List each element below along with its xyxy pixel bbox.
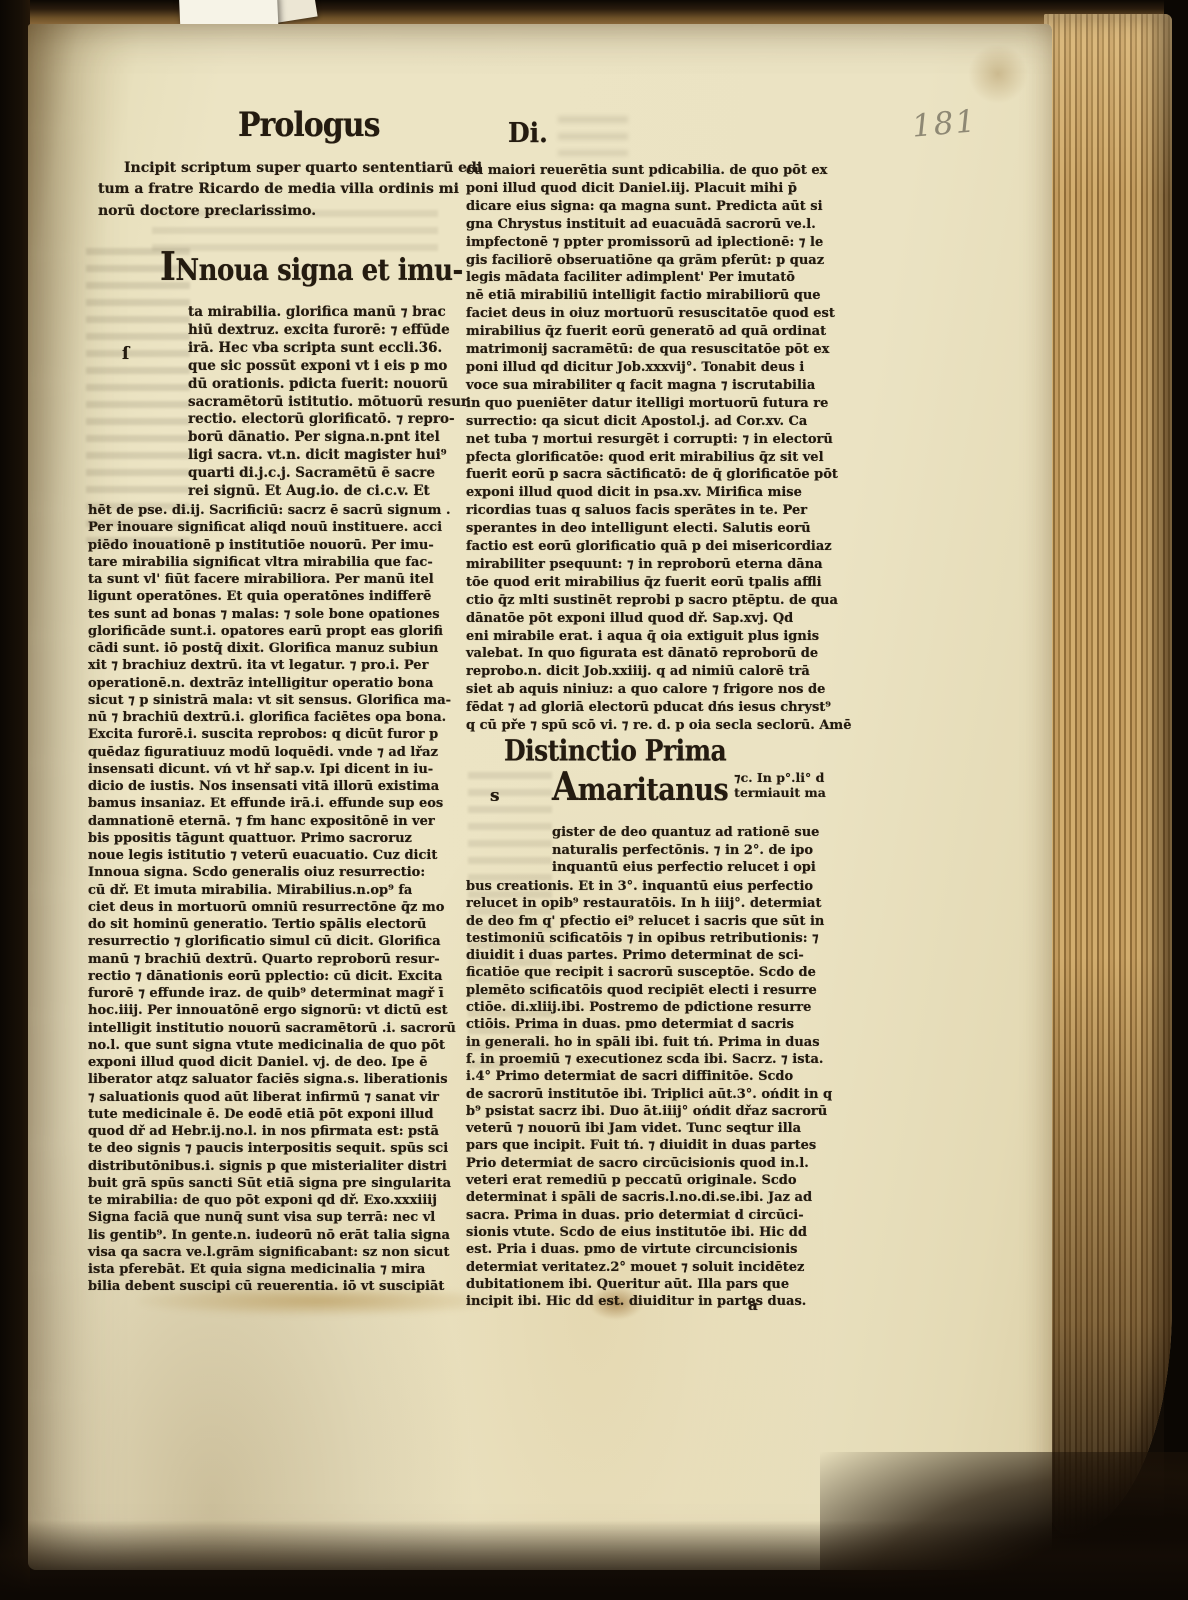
text-line: visa qa sacra ve.l.grām significabant: s… <box>88 1244 456 1261</box>
left-chapter-heading: INnoua signa et imu- <box>160 243 463 289</box>
bottom-shadow <box>0 1520 1188 1600</box>
text-line: rei signū. Et Aug.io. de ci.c.v. Et <box>188 483 468 501</box>
text-line: gna Chrystus instituit ad euacuādā sacro… <box>466 216 851 234</box>
text-line: nē etiā mirabiliū intelligit factio mira… <box>466 287 851 305</box>
text-line: ⁊c. In p°.li° d <box>734 770 824 785</box>
text-line: valebat. In quo figurata est dānatō repr… <box>466 645 851 663</box>
text-line: operationē.n. dextrāz intelligitur opera… <box>88 675 456 692</box>
text-line: cādi sunt. iō postq̄ dixit. Glorifica ma… <box>88 640 456 657</box>
text-line: ista pferebāt. Et quia signa medicinalia… <box>88 1261 456 1278</box>
text-line: tōe quod erit mirabilius q̄z fuerit eorū… <box>466 574 851 592</box>
text-line: q cū pře ⁊ spū scō vi. ⁊ re. d. p oia se… <box>466 717 851 735</box>
text-line: in generali. ho in spāli ibi. fuit tń. P… <box>466 1034 832 1051</box>
text-line: Innoua signa. Scdo generalis oiuz resurr… <box>88 864 456 881</box>
book-page: Prologus Di. 181 Incipit scriptum super … <box>28 24 1052 1570</box>
text-line: damnationē eternā. ⁊ fm hanc expositōnē … <box>88 813 456 830</box>
text-line: incipit ibi. Hic dd est. diuiditur in pa… <box>466 1293 832 1310</box>
text-line: matrimonij sacramētū: de qua resuscitatō… <box>466 341 851 359</box>
text-line: siet ab aquis niniuz: a quo calore ⁊ fri… <box>466 681 851 699</box>
text-line: naturalis perfectōnis. ⁊ in 2°. de ipo <box>552 842 819 860</box>
text-line: reprobo.n. dicit Job.xxiiij. q ad nimiū … <box>466 663 851 681</box>
text-line: impfectonē ⁊ ppter promissorū ad iplecti… <box>466 234 851 252</box>
text-line: fuerit eorū p sacra sāctificatō: de q̄ g… <box>466 466 851 484</box>
text-line: borū dānatio. Per signa.n.pnt itel <box>188 429 468 447</box>
left-column-text: hēt de pse. di.ij. Sacrificiū: sacrz ē s… <box>88 502 456 1296</box>
text-line: Per inouare significat aliqd nouū instit… <box>88 519 456 536</box>
text-line: ctiōis. Prima in duas. pmo determiat d s… <box>466 1016 832 1033</box>
text-line: net tuba ⁊ mortui resurgēt i corrupti: ⁊… <box>466 431 851 449</box>
showthrough-ghost <box>558 116 628 156</box>
text-line: legis mādata faciliter adimplent' Per im… <box>466 269 851 287</box>
text-line: quēdaz figuratiuuz modū loquēdi. vnde ⁊ … <box>88 744 456 761</box>
text-line: quarti di.j.c.j. Sacramētū ē sacre <box>188 465 468 483</box>
text-line: manū ⁊ brachiū dextrū. Quarto reproborū … <box>88 951 456 968</box>
text-line: de sacrorū institutōe ibi. Triplici aūt.… <box>466 1086 832 1103</box>
text-line: ⁊ saluationis quod aūt liberat infirmū ⁊… <box>88 1089 456 1106</box>
text-line: b⁹ psistat sacrz ibi. Duo āt.iiij° ońdit… <box>466 1103 832 1120</box>
text-line: ricordias tuas q saluos facis sperātes i… <box>466 502 851 520</box>
text-line: sperantes in deo intelligunt electi. Sal… <box>466 520 851 538</box>
text-line: piēdo inouationē p institutiōe nouorū. P… <box>88 537 456 554</box>
text-line: f. in proemiū ⁊ executionez scda ibi. Sa… <box>466 1051 832 1068</box>
page-stain <box>968 44 1028 104</box>
text-line: irā. Hec vba scripta sunt eccli.36. <box>188 340 468 358</box>
text-line: insensati dicunt. vń vt hř sap.v. Ipi di… <box>88 761 456 778</box>
text-line: ficatiōe que recipit i sacrorū susceptōe… <box>466 964 832 981</box>
text-line: te mirabilia: de quo pōt exponi qd dř. E… <box>88 1192 456 1209</box>
text-line: mirabiliter psequunt: ⁊ in reproborū ete… <box>466 556 851 574</box>
text-line: furorē ⁊ effunde iraz. de quib⁹ determin… <box>88 985 456 1002</box>
text-line: poni illud qd dicitur Job.xxxvij°. Tonab… <box>466 359 851 377</box>
text-line: dicare eius signa: qa magna sunt. Predic… <box>466 198 851 216</box>
text-line: dānatōe pōt exponi illud quod dř. Sap.xv… <box>466 610 851 628</box>
incipit-paragraph: Incipit scriptum super quarto sententiar… <box>98 158 482 222</box>
text-line: diuidit i duas partes. Primo determinat … <box>466 947 832 964</box>
text-line: bus creationis. Et in 3°. inquantū eius … <box>466 878 832 895</box>
text-line: rectio ⁊ dānationis eorū pplectio: cū di… <box>88 968 456 985</box>
text-line: Prio determiat de sacro circūcisionis qu… <box>466 1155 832 1172</box>
text-line: dū orationis. pdicta fuerit: nouorū <box>188 376 468 394</box>
text-line: tum a fratre Ricardo de media villa ordi… <box>98 179 482 200</box>
text-line: Excita furorē.i. suscita reprobos: q dic… <box>88 726 456 743</box>
text-line: determinat i spāli de sacris.l.no.di.se.… <box>466 1189 832 1206</box>
right-column-text: bus creationis. Et in 3°. inquantū eius … <box>466 878 832 1310</box>
signature-mark: a <box>748 1296 758 1314</box>
text-line: tes sunt ad bonas ⁊ malas: ⁊ sole bone o… <box>88 606 456 623</box>
running-head-di: Di. <box>508 117 548 149</box>
text-line: ligi sacra. vt.n. dicit magister hui⁹ <box>188 447 468 465</box>
text-line: exponi illud quod dicit Daniel. vj. de d… <box>88 1054 456 1071</box>
text-line: faciet deus in oiuz mortuorū resuscitatō… <box>466 305 851 323</box>
text-line: determiat veritatez.2° mouet ⁊ soluit in… <box>466 1259 832 1276</box>
text-line: gister de deo quantuz ad rationē sue <box>552 824 819 842</box>
text-line: plemēto scificatōis quod recipiēt electi… <box>466 982 832 999</box>
text-line: bamus insaniaz. Et effunde irā.i. effund… <box>88 795 456 812</box>
text-line: nū ⁊ brachiū dextrū.i. glorifica faciēte… <box>88 709 456 726</box>
text-line: dicio de iustis. Nos insensati vitā illo… <box>88 778 456 795</box>
text-line: surrectio: qa sicut dicit Apostol.j. ad … <box>466 413 851 431</box>
text-line: termiauit ma <box>734 785 826 800</box>
text-line: relucet in opib⁹ restauratōis. In h iiij… <box>466 895 832 912</box>
text-line: ctio q̄z mlti sustinēt reprobi p sacro p… <box>466 592 851 610</box>
text-line: ligunt operatōnes. Et quia operatōnes in… <box>88 588 456 605</box>
text-line: xit ⁊ brachiuz dextrū. ita vt legatur. ⁊… <box>88 657 456 674</box>
text-line: ciet deus in mortuorū omniū resurrectōne… <box>88 899 456 916</box>
text-line: tare mirabilia significat vltra mirabili… <box>88 554 456 571</box>
samaritanus-word: Amaritanus <box>552 763 728 809</box>
text-line: bilia debent suscipi cū reuerentia. iō v… <box>88 1278 456 1295</box>
text-line: eni mirabile erat. i aqua q̄ oia extigui… <box>466 628 851 646</box>
text-line: tute medicinale ē. De eodē etiā pōt expo… <box>88 1106 456 1123</box>
text-line: fēdat ⁊ ad gloriā electorū pducat dńs ie… <box>466 699 851 717</box>
text-line: ctiōe. di.xliij.ibi. Postremo de pdictio… <box>466 999 832 1016</box>
text-line: gis faciliorē obseruatiōne qa grām pferū… <box>466 252 851 270</box>
samaritanus-side-lines: ⁊c. In p°.li° dtermiauit ma <box>734 766 826 800</box>
text-line: sacra. Prima in duas. prio determiat d c… <box>466 1207 832 1224</box>
left-margin-paragraph-mark: ſ <box>122 344 129 364</box>
text-line: pars que incipit. Fuit tń. ⁊ diuidit in … <box>466 1137 832 1154</box>
right-column-prologue-text: cū maiori reuerētia sunt pdicabilia. de … <box>466 162 851 735</box>
text-line: rectio. electorū glorificatō. ⁊ repro- <box>188 411 468 429</box>
running-head-prologus: Prologus <box>238 106 379 145</box>
text-line: sacramētorū istitutio. mōtuorū resur <box>188 394 468 412</box>
text-line: te deo signis ⁊ paucis interpositis sequ… <box>88 1140 456 1157</box>
text-line: que sic possūt exponi vt i eis p mo <box>188 358 468 376</box>
samaritanus-opening: Amaritanus ⁊c. In p°.li° dtermiauit ma <box>552 766 826 806</box>
right-column-indented-text: gister de deo quantuz ad rationē suenatu… <box>552 824 819 877</box>
text-line: liberator atqz saluator faciēs signa.s. … <box>88 1071 456 1088</box>
text-line: ta mirabilia. glorifica manū ⁊ brac <box>188 304 468 322</box>
text-line: resurrectio ⁊ glorificatio simul cū dici… <box>88 933 456 950</box>
text-line: buit grā spūs sancti Sūt etiā signa pre … <box>88 1175 456 1192</box>
text-line: hoc.iiij. Per innouatōnē ergo signorū: v… <box>88 1002 456 1019</box>
right-margin-guide-letter: s <box>490 786 500 806</box>
text-line: cū dř. Et imuta mirabilia. Mirabilius.n.… <box>88 882 456 899</box>
left-column-narrow-text: ta mirabilia. glorifica manū ⁊ brachiū d… <box>188 304 468 501</box>
text-line: factio est eorū glorificatio quā p dei m… <box>466 538 851 556</box>
text-line: hiū dextruz. excita furorē: ⁊ effūde <box>188 322 468 340</box>
text-line: cū maiori reuerētia sunt pdicabilia. de … <box>466 162 851 180</box>
text-line: do sit hominū generatio. Tertio spālis e… <box>88 916 456 933</box>
text-line: testimoniū scificatōis ⁊ in opibus retri… <box>466 930 832 947</box>
text-line: intelligit institutio nouorū sacramētorū… <box>88 1020 456 1037</box>
text-line: in quo pueniēter datur itelligi mortuorū… <box>466 395 851 413</box>
text-line: sionis vtute. Scdo de eius institutōe ib… <box>466 1224 832 1241</box>
text-line: hēt de pse. di.ij. Sacrificiū: sacrz ē s… <box>88 502 456 519</box>
text-line: inquantū eius perfectio relucet i opi <box>552 859 819 877</box>
text-line: ta sunt vl' fiūt facere mirabiliora. Per… <box>88 571 456 588</box>
text-line: distributōnibus.i. signis p que misteria… <box>88 1158 456 1175</box>
text-line: glorificāde sunt.i. opatores earū propt … <box>88 623 456 640</box>
text-line: de deo fm q' pfectio ei⁹ relucet i sacri… <box>466 913 832 930</box>
text-line: no.l. que sunt signa vtute medicinalia d… <box>88 1037 456 1054</box>
text-line: dubitationem ibi. Queritur aūt. Illa par… <box>466 1276 832 1293</box>
text-line: quod dř ad Hebr.ij.no.l. in nos pfirmata… <box>88 1123 456 1140</box>
folio-number-handwritten: 181 <box>911 103 979 145</box>
book-photograph: Prologus Di. 181 Incipit scriptum super … <box>0 0 1188 1600</box>
page-fore-edges <box>1044 14 1172 1534</box>
text-line: Signa faciā que nunq̄ sunt visa sup terr… <box>88 1209 456 1226</box>
text-line: mirabilius q̄z fuerit eorū generatō ad q… <box>466 323 851 341</box>
text-line: lis gentib⁹. In gente.n. iudeorū nō erāt… <box>88 1227 456 1244</box>
text-line: Incipit scriptum super quarto sententiar… <box>98 158 482 179</box>
text-line: pfecta glorificatōe: quod erit mirabiliu… <box>466 449 851 467</box>
text-line: voce sua mirabiliter q facit magna ⁊ isc… <box>466 377 851 395</box>
text-line: exponi illud quod dicit in psa.xv. Mirif… <box>466 484 851 502</box>
text-line: est. Pria i duas. pmo de virtute circunc… <box>466 1241 832 1258</box>
text-line: bis ppositis tāgunt quattuor. Primo sacr… <box>88 830 456 847</box>
text-line: i.4° Primo determiat de sacri diffinitōe… <box>466 1068 832 1085</box>
text-line: sicut ⁊ p sinistrā mala: vt sit sensus. … <box>88 692 456 709</box>
text-line: norū doctore preclarissimo. <box>98 201 482 222</box>
text-line: veteri erat remediū p peccatū originale.… <box>466 1172 832 1189</box>
text-line: veterū ⁊ nouorū ibi Jam videt. Tunc seqt… <box>466 1120 832 1137</box>
text-line: poni illud quod dicit Daniel.iij. Placui… <box>466 180 851 198</box>
background-left <box>0 0 30 1600</box>
text-line: noue legis istitutio ⁊ veterū euacuatio.… <box>88 847 456 864</box>
